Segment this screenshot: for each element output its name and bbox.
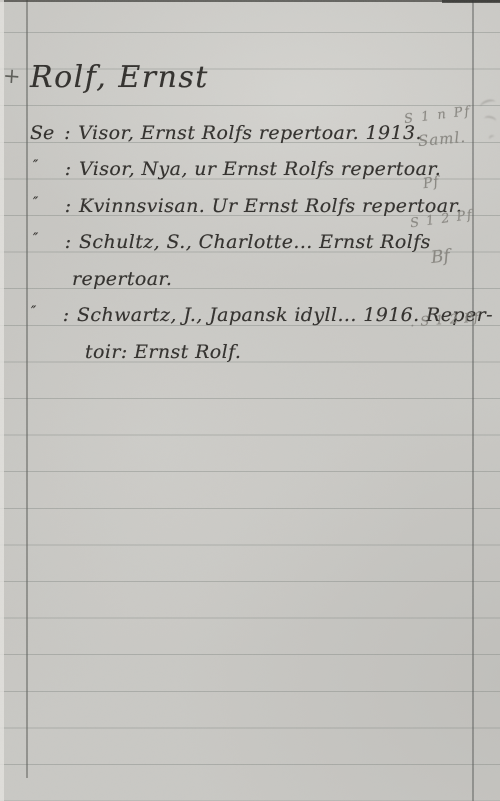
pencil-annotation: Pf [422, 174, 441, 192]
card-heading: Rolf, Ernst [30, 60, 209, 95]
margin-line-left [26, 0, 28, 778]
margin-line-right [472, 0, 474, 801]
plus-mark: + [2, 63, 21, 88]
entry-text: Schultz, S., Charlotte... Ernst Rolfs [79, 231, 431, 253]
entry-separator: : [55, 304, 77, 326]
entry-separator: : [57, 231, 79, 253]
entry-row-continuation: repertoar. [72, 268, 172, 290]
entry-text: Visor, Nya, ur Ernst Rolfs repertoar. [79, 158, 441, 180]
entry-row: ″:Kvinnsvisan. Ur Ernst Rolfs repertoar. [33, 195, 462, 217]
entry-row: ″:Visor, Nya, ur Ernst Rolfs repertoar. [33, 158, 441, 180]
ditto-mark: ″ [33, 158, 57, 174]
scan-edge-top [0, 0, 500, 2]
pencil-annotation: Bf [430, 246, 451, 268]
entry-separator: : [57, 158, 79, 180]
entry-text: Visor, Ernst Rolfs repertoar. 1913. [78, 122, 422, 144]
ditto-mark: ″ [33, 231, 57, 247]
scan-edge-top-right [442, 0, 500, 3]
ditto-mark: ″ [33, 195, 57, 211]
catalog-card: + Rolf, Ernst Se:Visor, Ernst Rolfs repe… [0, 0, 500, 801]
ditto-mark: ″ [31, 304, 55, 320]
entry-lead: Se [30, 122, 54, 144]
entry-row: ″:Schultz, S., Charlotte... Ernst Rolfs [33, 231, 431, 253]
entry-text: repertoar. [72, 268, 172, 290]
entry-row-continuation: toir: Ernst Rolf. [85, 341, 241, 363]
scan-edge-left [0, 0, 4, 801]
entry-separator: : [57, 195, 79, 217]
entry-text: toir: Ernst Rolf. [85, 341, 241, 363]
entry-text: Kvinnsvisan. Ur Ernst Rolfs repertoar. [79, 195, 462, 217]
entry-separator: : [56, 122, 78, 144]
entry-row: Se:Visor, Ernst Rolfs repertoar. 1913. [30, 122, 422, 144]
